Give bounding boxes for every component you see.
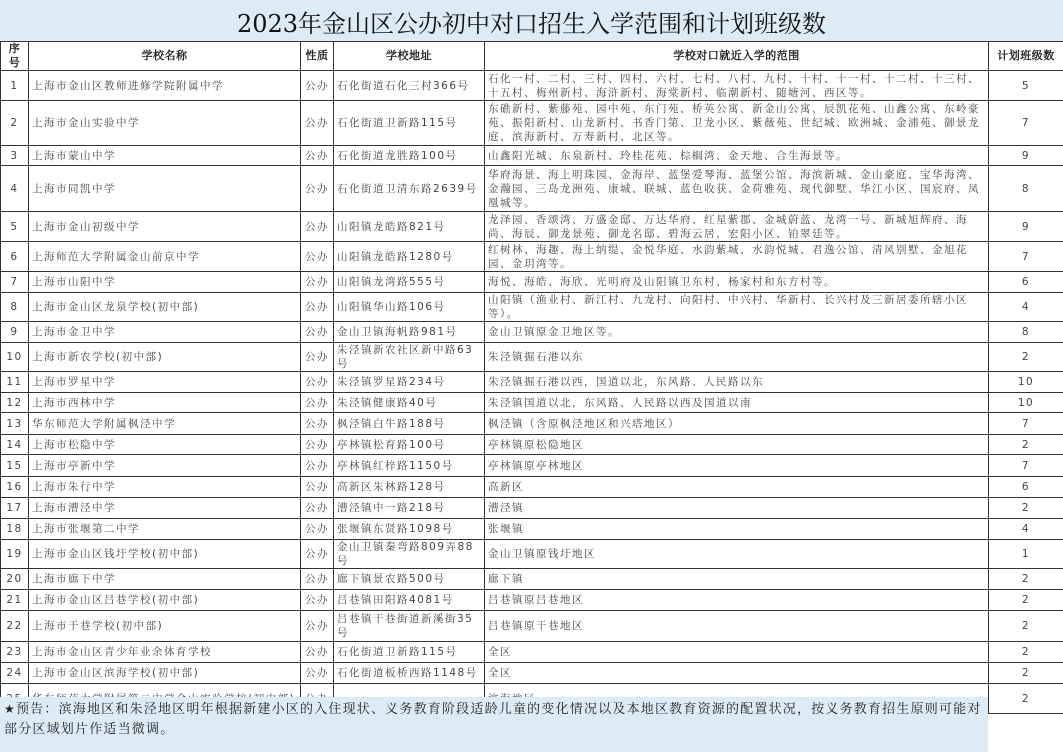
table-row: 4上海市同凯中学公办石化街道卫清东路2639号华府海景、海上明珠园、金海岸、蓝堡… [1,166,1063,212]
title-band: 2023年金山区公办初中对口招生入学范围和计划班级数 [0,0,1063,41]
row-index: 11 [1,372,29,393]
admission-range: 红树林、海趣、海上纳缇、金悦华庭、水韵紫城、水韵悦城、君逸公馆、清风别墅、金旭花… [485,242,989,272]
school-name: 上海市张堰第二中学 [29,519,301,540]
table-header-row: 序号 学校名称 性质 学校地址 学校对口就近入学的范围 计划班级数 [1,42,1063,71]
planned-classes: 10 [989,393,1063,413]
school-type: 公办 [301,242,334,272]
admission-range: 吕巷镇原干巷地区 [485,611,989,642]
school-type: 公办 [301,322,334,343]
school-address: 朱泾镇罗星路234号 [334,372,485,393]
star-icon: ★ [4,702,16,716]
school-address: 石化街道卫清东路2639号 [334,166,485,212]
row-index: 16 [1,477,29,498]
admission-range: 金山卫镇原金卫地区等。 [485,322,989,343]
school-address: 山阳镇龙皓路821号 [334,212,485,242]
planned-classes: 1 [989,540,1063,569]
table-row: 19上海市金山区钱圩学校(初中部)公办金山卫镇秦弯路809弄88号金山卫镇原钱圩… [1,540,1063,569]
admission-range: 朱泾镇国道以北，东风路、人民路以西及国道以南 [485,393,989,413]
school-type: 公办 [301,477,334,498]
planned-classes: 2 [989,590,1063,611]
school-name: 上海市金山实验中学 [29,101,301,146]
school-type: 公办 [301,413,334,435]
planned-classes: 2 [989,611,1063,642]
row-index: 4 [1,166,29,212]
school-name: 华东师范大学附属枫泾中学 [29,413,301,435]
page-title: 2023年金山区公办初中对口招生入学范围和计划班级数 [237,4,826,39]
row-index: 13 [1,413,29,435]
school-address: 廊下镇景农路500号 [334,569,485,590]
school-name: 上海市干巷学校(初中部) [29,611,301,642]
admission-range: 亭林镇原亭林地区 [485,455,989,477]
row-index: 8 [1,293,29,322]
school-address: 高新区朱林路128号 [334,477,485,498]
row-index: 15 [1,455,29,477]
header-range: 学校对口就近入学的范围 [485,42,989,71]
school-address: 金山卫镇海帆路981号 [334,322,485,343]
planned-classes: 10 [989,372,1063,393]
planned-classes: 2 [989,435,1063,455]
row-index: 7 [1,272,29,293]
planned-classes: 2 [989,498,1063,519]
admission-range: 廊下镇 [485,569,989,590]
planned-classes: 6 [989,272,1063,293]
table-row: 6上海师范大学附属金山前京中学公办山阳镇龙皓路1280号红树林、海趣、海上纳缇、… [1,242,1063,272]
school-address: 吕巷镇干巷街道新溪街35号 [334,611,485,642]
admission-range: 华府海景、海上明珠园、金海岸、蓝堡爱琴海、蓝堡公馆、海滨新城、金山豪庭、宝华海湾… [485,166,989,212]
school-address: 山阳镇华山路106号 [334,293,485,322]
school-address: 石化街道石化三村366号 [334,71,485,101]
admission-range: 山鑫阳光城、东泉新村、玲桂花苑、棕榈湾、金天地、合生海景等。 [485,146,989,166]
planned-classes: 4 [989,293,1063,322]
row-index: 18 [1,519,29,540]
admission-range: 高新区 [485,477,989,498]
planned-classes: 2 [989,642,1063,663]
planned-classes: 8 [989,322,1063,343]
table-row: 3上海市蒙山中学公办石化街道龙胜路100号山鑫阳光城、东泉新村、玲桂花苑、棕榈湾… [1,146,1063,166]
school-name: 上海市金山区钱圩学校(初中部) [29,540,301,569]
school-name: 上海市金山区教师进修学院附属中学 [29,71,301,101]
planned-classes: 2 [989,684,1063,714]
admission-range: 漕泾镇 [485,498,989,519]
table-row: 14上海市松隐中学公办亭林镇松育路100号亭林镇原松隐地区2 [1,435,1063,455]
row-index: 20 [1,569,29,590]
school-type: 公办 [301,293,334,322]
school-type: 公办 [301,663,334,684]
header-school-name: 学校名称 [29,42,301,71]
row-index: 22 [1,611,29,642]
school-type: 公办 [301,343,334,372]
planned-classes: 7 [989,455,1063,477]
footer-text: 预告：滨海地区和朱泾地区明年根据新建小区的入住现状、义务教育阶段适龄儿童的变化情… [4,702,982,737]
admission-range: 吕巷镇原吕巷地区 [485,590,989,611]
school-address: 石化街道板桥西路1148号 [334,663,485,684]
school-type: 公办 [301,519,334,540]
school-name: 上海市金山区龙泉学校(初中部) [29,293,301,322]
planned-classes: 7 [989,242,1063,272]
planned-classes: 4 [989,519,1063,540]
school-address: 朱泾镇新农社区新中路63号 [334,343,485,372]
planned-classes: 9 [989,212,1063,242]
planned-classes: 9 [989,146,1063,166]
row-index: 24 [1,663,29,684]
school-address: 张堰镇东贤路1098号 [334,519,485,540]
row-index: 10 [1,343,29,372]
table-row: 2上海市金山实验中学公办石化街道卫新路115号东礁新村、紫藤苑、园中苑、东门苑、… [1,101,1063,146]
table-row: 10上海市新农学校(初中部)公办朱泾镇新农社区新中路63号朱泾镇掘石港以东2 [1,343,1063,372]
table-row: 7上海市山阳中学公办山阳镇龙湾路555号海悦、海皓、海欣、光明府及山阳镇卫东村、… [1,272,1063,293]
school-name: 上海市金山区青少年业余体育学校 [29,642,301,663]
header-index: 序号 [1,42,29,71]
school-type: 公办 [301,642,334,663]
school-name: 上海市廊下中学 [29,569,301,590]
table-row: 9上海市金卫中学公办金山卫镇海帆路981号金山卫镇原金卫地区等。8 [1,322,1063,343]
school-name: 上海市金山区吕巷学校(初中部) [29,590,301,611]
planned-classes: 2 [989,343,1063,372]
school-type: 公办 [301,540,334,569]
school-address: 漕泾镇中一路218号 [334,498,485,519]
admission-range: 全区 [485,642,989,663]
table-row: 23上海市金山区青少年业余体育学校公办石化街道卫新路115号全区2 [1,642,1063,663]
table-row: 5上海市金山初级中学公办山阳镇龙皓路821号龙泽园、香颂湾、万盛金邸、万达华府、… [1,212,1063,242]
admission-range: 朱泾镇掘石港以东 [485,343,989,372]
school-address: 吕巷镇田阳路4081号 [334,590,485,611]
planned-classes: 5 [989,71,1063,101]
enrollment-table: 序号 学校名称 性质 学校地址 学校对口就近入学的范围 计划班级数 1上海市金山… [0,41,1063,714]
planned-classes: 6 [989,477,1063,498]
planned-classes: 2 [989,569,1063,590]
table-body: 1上海市金山区教师进修学院附属中学公办石化街道石化三村366号石化一村、二村、三… [1,71,1063,714]
school-type: 公办 [301,166,334,212]
school-type: 公办 [301,455,334,477]
school-type: 公办 [301,569,334,590]
table-row: 13华东师范大学附属枫泾中学公办枫泾镇白牛路188号枫泾镇（含原枫泾地区和兴塔地… [1,413,1063,435]
school-type: 公办 [301,393,334,413]
planned-classes: 2 [989,663,1063,684]
school-address: 金山卫镇秦弯路809弄88号 [334,540,485,569]
row-index: 5 [1,212,29,242]
school-name: 上海市漕泾中学 [29,498,301,519]
table-row: 17上海市漕泾中学公办漕泾镇中一路218号漕泾镇2 [1,498,1063,519]
row-index: 19 [1,540,29,569]
row-index: 3 [1,146,29,166]
admission-range: 全区 [485,663,989,684]
planned-classes: 8 [989,166,1063,212]
school-address: 石化街道卫新路115号 [334,642,485,663]
table-row: 22上海市干巷学校(初中部)公办吕巷镇干巷街道新溪街35号吕巷镇原干巷地区2 [1,611,1063,642]
school-address: 枫泾镇白牛路188号 [334,413,485,435]
table-row: 11上海市罗星中学公办朱泾镇罗星路234号朱泾镇掘石港以西，国道以北，东风路、人… [1,372,1063,393]
header-type: 性质 [301,42,334,71]
school-address: 亭林镇红梓路1150号 [334,455,485,477]
table-row: 1上海市金山区教师进修学院附属中学公办石化街道石化三村366号石化一村、二村、三… [1,71,1063,101]
school-name: 上海市同凯中学 [29,166,301,212]
table-row: 8上海市金山区龙泉学校(初中部)公办山阳镇华山路106号山阳镇（渔业村、新江村、… [1,293,1063,322]
school-type: 公办 [301,498,334,519]
header-classes: 计划班级数 [989,42,1063,71]
school-type: 公办 [301,146,334,166]
school-name: 上海市蒙山中学 [29,146,301,166]
row-index: 17 [1,498,29,519]
admission-range: 金山卫镇原钱圩地区 [485,540,989,569]
row-index: 1 [1,71,29,101]
school-type: 公办 [301,71,334,101]
table-row: 12上海市西林中学公办朱泾镇健康路40号朱泾镇国道以北，东风路、人民路以西及国道… [1,393,1063,413]
school-name: 上海市金卫中学 [29,322,301,343]
school-type: 公办 [301,101,334,146]
school-name: 上海市亭新中学 [29,455,301,477]
school-name: 上海市松隐中学 [29,435,301,455]
admission-range: 石化一村、二村、三村、四村、六村、七村、八村、九村、十村、十一村、十二村、十三村… [485,71,989,101]
school-name: 上海市西林中学 [29,393,301,413]
table-row: 15上海市亭新中学公办亭林镇红梓路1150号亭林镇原亭林地区7 [1,455,1063,477]
row-index: 21 [1,590,29,611]
admission-range: 山阳镇（渔业村、新江村、九龙村、向阳村、中兴村、华新村、长兴村及三新居委所辖小区… [485,293,989,322]
school-type: 公办 [301,611,334,642]
table-row: 24上海市金山区滨海学校(初中部)公办石化街道板桥西路1148号全区2 [1,663,1063,684]
school-address: 朱泾镇健康路40号 [334,393,485,413]
school-address: 山阳镇龙皓路1280号 [334,242,485,272]
admission-range: 亭林镇原松隐地区 [485,435,989,455]
school-address: 石化街道龙胜路100号 [334,146,485,166]
row-index: 9 [1,322,29,343]
footer-note: ★预告：滨海地区和朱泾地区明年根据新建小区的入住现状、义务教育阶段适龄儿童的变化… [0,697,988,752]
admission-range: 枫泾镇（含原枫泾地区和兴塔地区） [485,413,989,435]
school-type: 公办 [301,590,334,611]
school-type: 公办 [301,372,334,393]
school-address: 石化街道卫新路115号 [334,101,485,146]
table-row: 20上海市廊下中学公办廊下镇景农路500号廊下镇2 [1,569,1063,590]
row-index: 12 [1,393,29,413]
school-name: 上海市金山初级中学 [29,212,301,242]
admission-range: 张堰镇 [485,519,989,540]
row-index: 23 [1,642,29,663]
admission-range: 海悦、海皓、海欣、光明府及山阳镇卫东村、杨家村和东方村等。 [485,272,989,293]
school-name: 上海市朱行中学 [29,477,301,498]
planned-classes: 7 [989,101,1063,146]
planned-classes: 7 [989,413,1063,435]
header-address: 学校地址 [334,42,485,71]
admission-range: 龙泽园、香颂湾、万盛金邸、万达华府、红星紫郡、金城蔚蓝、龙湾一号、新城旭辉府、海… [485,212,989,242]
table-row: 18上海市张堰第二中学公办张堰镇东贤路1098号张堰镇4 [1,519,1063,540]
school-address: 亭林镇松育路100号 [334,435,485,455]
admission-range: 东礁新村、紫藤苑、园中苑、东门苑、桥英公寓、新金山公寓、辰凯花苑、山鑫公寓、东岭… [485,101,989,146]
school-name: 上海师范大学附属金山前京中学 [29,242,301,272]
row-index: 2 [1,101,29,146]
school-type: 公办 [301,272,334,293]
school-name: 上海市新农学校(初中部) [29,343,301,372]
row-index: 6 [1,242,29,272]
school-name: 上海市罗星中学 [29,372,301,393]
school-type: 公办 [301,435,334,455]
school-name: 上海市金山区滨海学校(初中部) [29,663,301,684]
table-row: 16上海市朱行中学公办高新区朱林路128号高新区6 [1,477,1063,498]
admission-range: 朱泾镇掘石港以西，国道以北，东风路、人民路以东 [485,372,989,393]
table-row: 21上海市金山区吕巷学校(初中部)公办吕巷镇田阳路4081号吕巷镇原吕巷地区2 [1,590,1063,611]
school-address: 山阳镇龙湾路555号 [334,272,485,293]
row-index: 14 [1,435,29,455]
school-type: 公办 [301,212,334,242]
school-name: 上海市山阳中学 [29,272,301,293]
